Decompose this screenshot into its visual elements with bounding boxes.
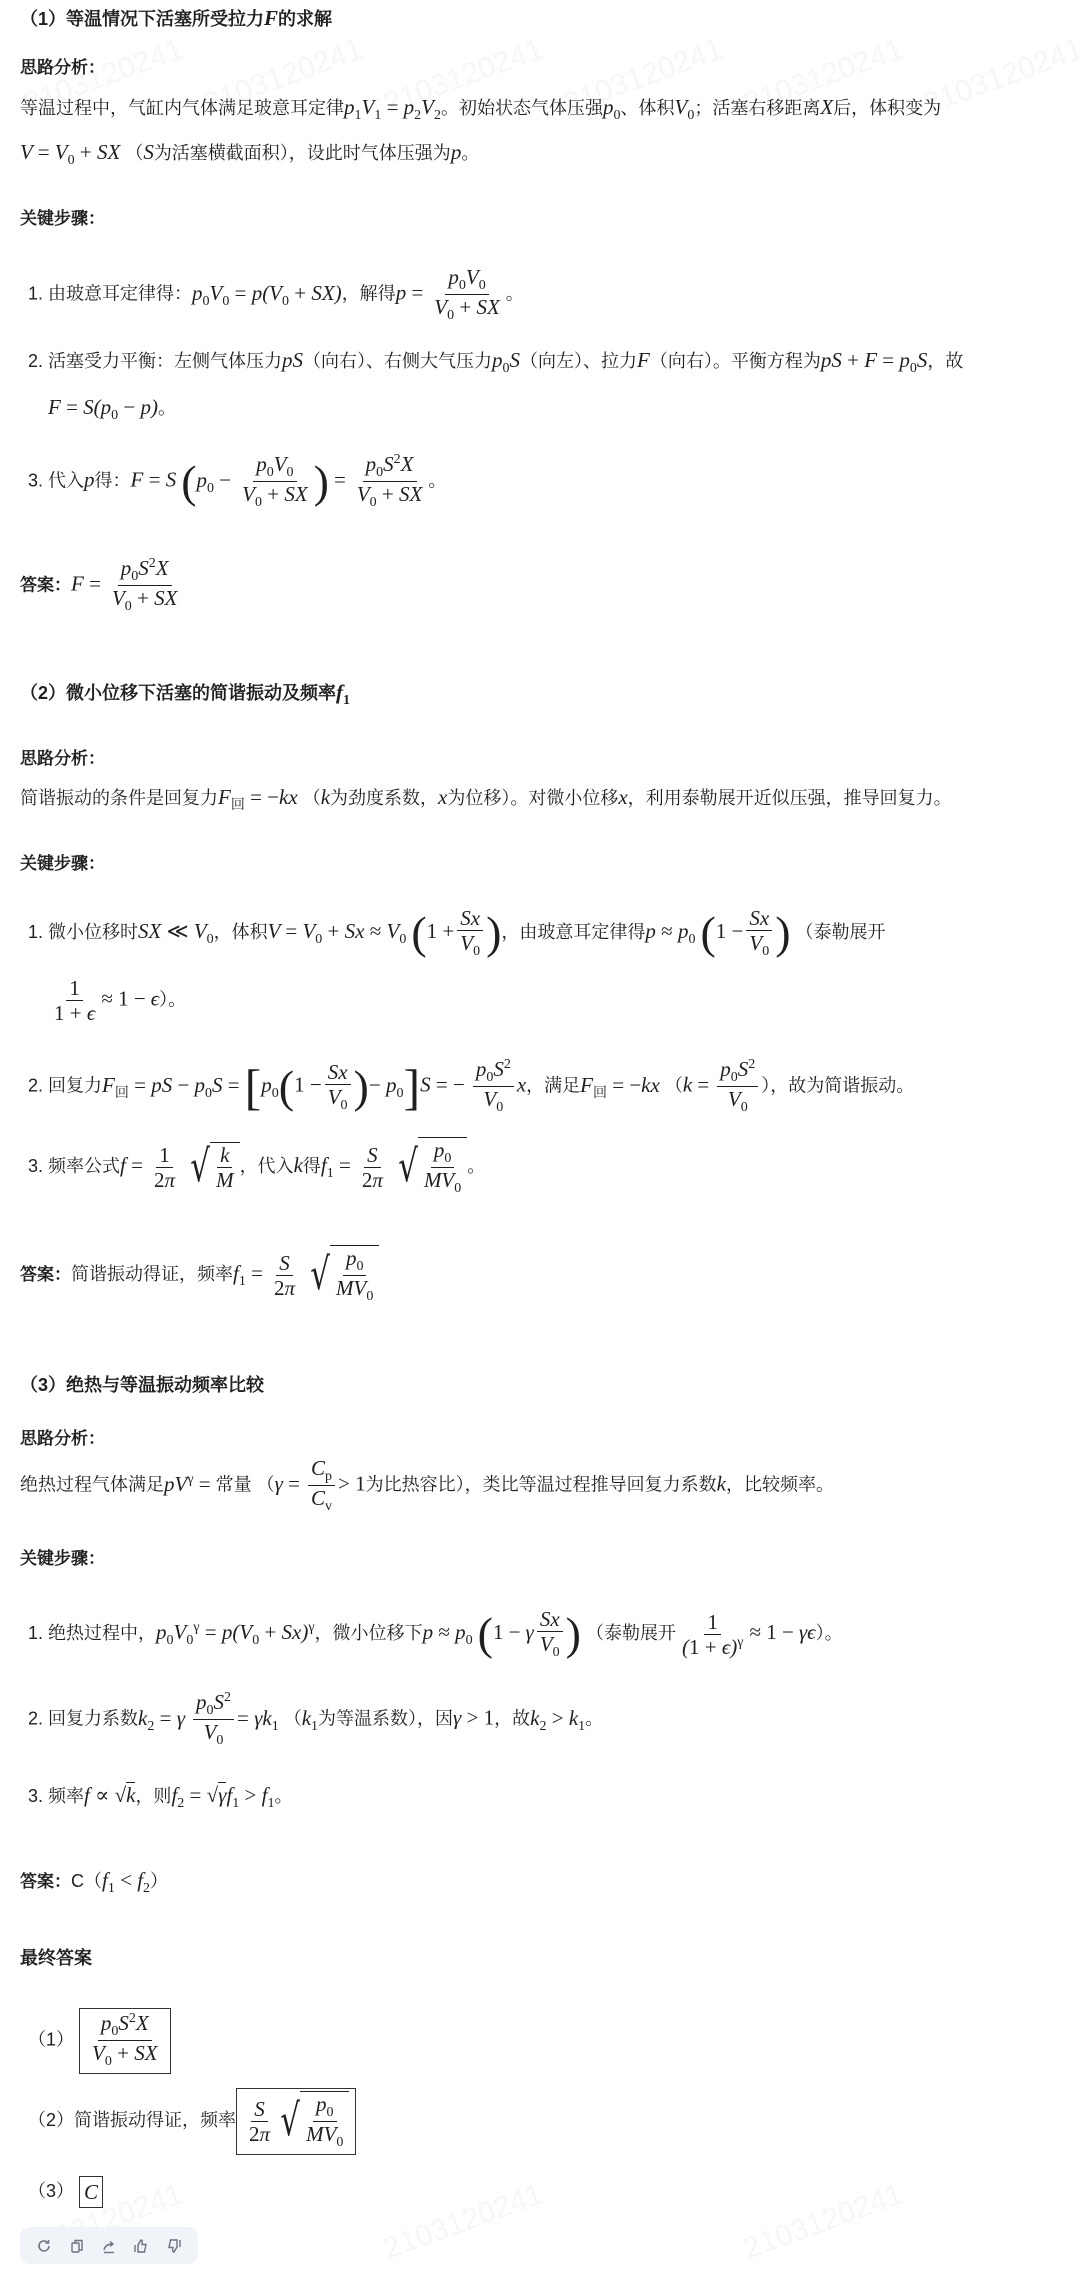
part2-step1-cont: 11 + ϵ≈ 1 − ϵ）。: [48, 976, 1066, 1025]
part1-step2: 2. 活塞受力平衡：左侧气体压力pS（向右）、右侧大气压力p0S（向左）、拉力F…: [28, 345, 1066, 379]
part3-analysis-label: 思路分析：: [20, 1427, 1066, 1452]
part2-analysis: 简谐振动的条件是回复力F回 = −kx （k为劲度系数，x为位移）。对微小位移x…: [20, 782, 1066, 816]
boxed-answer-1: p0S2XV0 + SX: [79, 2008, 171, 2074]
part2-step1: 1. 微小位移时SX ≪ V0，体积V = V0 + Sx ≈ V0 (1 +S…: [28, 906, 1066, 960]
part2-analysis-label: 思路分析：: [20, 747, 1066, 772]
boxed-answer-2: S2π√p0MV0: [236, 2088, 356, 2155]
message-action-bar: [20, 2227, 198, 2264]
dislike-button[interactable]: [162, 2234, 186, 2258]
part1-heading: （1）等温情况下活塞所受拉力F的求解: [20, 3, 1066, 33]
part1-analysis-label: 思路分析：: [20, 56, 1066, 81]
part3-steps-label: 关键步骤：: [20, 1547, 1066, 1572]
copy-button[interactable]: [65, 2234, 89, 2258]
final-answer-2: （2）简谐振动得证，频率S2π√p0MV0: [28, 2088, 1066, 2155]
part3-step1: 1. 绝热过程中，p0V0γ = p(V0 + Sx)γ，微小位移下p ≈ p0…: [28, 1607, 1066, 1661]
part2-answer: 答案：简谐振动得证，频率f1 = S2π √p0MV0: [20, 1245, 1066, 1306]
part1-steps-label: 关键步骤：: [20, 207, 1066, 232]
part2-steps-label: 关键步骤：: [20, 852, 1066, 877]
part2-step3: 3. 频率公式f = 12π √kM，代入k得f1 = S2π √p0MV0。: [28, 1137, 1066, 1198]
part2-heading: （2）微小位移下活塞的简谐振动及频率f1: [20, 677, 1066, 711]
part1-step2-cont: F = S(p0 − p)。: [48, 392, 1066, 426]
part2-step2: 2. 回复力F回 = pS − p0S = [p0(1 −SxV0)− p0]S…: [28, 1057, 1066, 1117]
part3-step2: 2. 回复力系数k2 = γ p0S2V0= γk1 （k1为等温系数），因γ …: [28, 1690, 1066, 1750]
part1-analysis-line2: V = V0 + SX （S为活塞横截面积），设此时气体压强为p。: [20, 137, 1066, 171]
share-button[interactable]: [97, 2234, 121, 2258]
part3-answer: 答案：C（f1 < f2）: [20, 1865, 1066, 1899]
regenerate-button[interactable]: [32, 2234, 56, 2258]
part3-step3: 3. 频率f ∝ √k，则f2 = √γf1 > f1。: [28, 1780, 1066, 1814]
thumbs-up-icon: [133, 2238, 149, 2254]
copy-icon: [69, 2238, 85, 2254]
final-answer-1: （1） p0S2XV0 + SX: [28, 2008, 1066, 2074]
final-answer-heading: 最终答案: [20, 1945, 1066, 1971]
like-button[interactable]: [129, 2234, 153, 2258]
part1-answer: 答案：F = p0S2XV0 + SX: [20, 556, 1066, 616]
part3-heading: （3）绝热与等温振动频率比较: [20, 1372, 1066, 1398]
part3-analysis: 绝热过程气体满足pVγ = 常量 （γ = CpCv> 1为比热容比），类比等温…: [20, 1456, 1066, 1516]
part1-analysis-line1: 等温过程中，气缸内气体满足玻意耳定律p1V1 = p2V2。初始状态气体压强p0…: [20, 92, 1066, 126]
final-answer-3: （3） C: [28, 2176, 1066, 2208]
part1-step3: 3. 代入p得：F = S (p0 − p0V0V0 + SX) = p0S2X…: [28, 452, 1066, 512]
part1-step1: 1. 由玻意耳定律得：p0V0 = p(V0 + SX)，解得p = p0V0V…: [28, 265, 1066, 325]
boxed-answer-3: C: [79, 2176, 103, 2208]
truncated-footer-text: [12, 2288, 1072, 2295]
share-icon: [101, 2238, 117, 2254]
refresh-icon: [36, 2238, 52, 2254]
thumbs-down-icon: [166, 2238, 182, 2254]
